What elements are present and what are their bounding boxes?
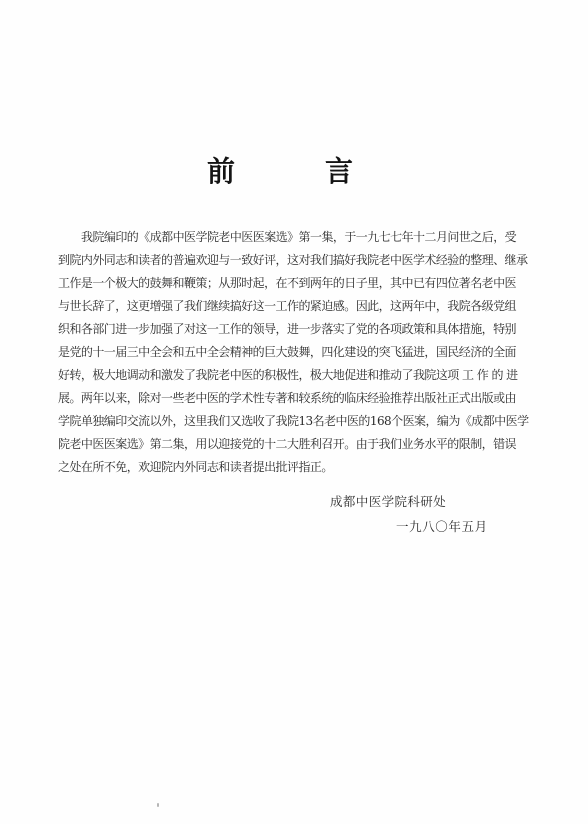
paragraph-line: 我院编印的《成都中医学院老中医医案选》第一集，于一九七七年十二月问世之后，受 xyxy=(58,226,532,249)
title-char-qian: 前 xyxy=(207,150,235,191)
paragraph-line: 好转，极大地调动和激发了我院老中医的积极性，极大地促进和推动了我院这项 工 作 … xyxy=(58,364,532,387)
paragraph-line: 到院内外同志和读者的普遍欢迎与一致好评，这对我们搞好我院老中医学术经验的整理、继… xyxy=(58,249,532,272)
paragraph-line: 展。两年以来，除对一些老中医的学术性专著和较系统的临床经验推荐出版社正式出版或由 xyxy=(58,387,532,410)
title-char-yan: 言 xyxy=(325,150,353,191)
scanned-page: 前 言 我院编印的《成都中医学院老中医医案选》第一集，于一九七七年十二月问世之后… xyxy=(0,0,588,824)
page-title: 前 言 xyxy=(0,150,588,190)
signature-date: 一九八〇年五月 xyxy=(396,519,488,535)
paragraph-line: 织和各部门进一步加强了对这一工作的领导，进一步落实了党的各项政策和具体措施，特别 xyxy=(58,318,532,341)
paragraph-line: 学院单独编印交流以外，这里我们又选收了我院13名老中医的168个医案，编为《成都… xyxy=(58,410,532,433)
paragraph-line: 工作是一个极大的鼓舞和鞭策；从那时起，在不到两年的日子里，其中已有四位著名老中医 xyxy=(58,272,532,295)
paragraph-line: 与世长辞了，这更增强了我们继续搞好这一工作的紧迫感。因此，这两年中，我院各级党组 xyxy=(58,295,532,318)
paragraph-line: 院老中医医案选》第二集，用以迎接党的十二大胜利召开。由于我们业务水平的限制，错误 xyxy=(58,433,532,456)
signature-organization: 成都中医学院科研处 xyxy=(330,494,446,510)
preface-paragraph: 我院编印的《成都中医学院老中医医案选》第一集，于一九七七年十二月问世之后，受 到… xyxy=(58,226,532,479)
paragraph-line: 之处在所不免，欢迎院内外同志和读者提出批评指正。 xyxy=(58,456,532,479)
scan-artifact-speck xyxy=(157,803,159,807)
paragraph-line: 是党的十一届三中全会和五中全会精神的巨大鼓舞，四化建设的突飞猛进，国民经济的全面 xyxy=(58,341,532,364)
